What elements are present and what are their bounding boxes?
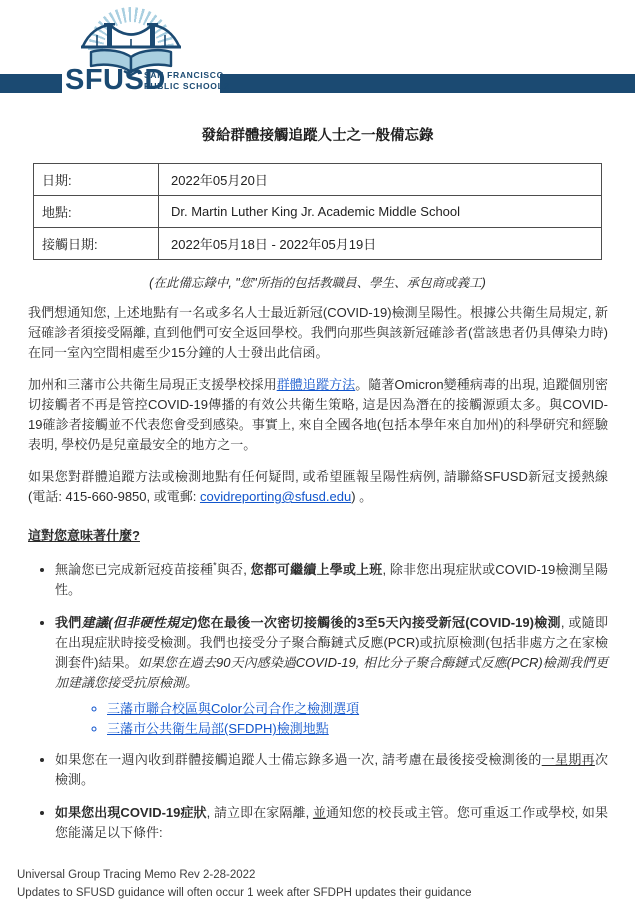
logo-subtitle: SAN FRANCISCO PUBLIC SCHOOLS: [144, 70, 230, 92]
table-row: 日期: 2022年05月20日: [34, 164, 602, 196]
text-run: 您都可繼續上學或上班: [251, 562, 383, 577]
row-value-date: 2022年05月20日: [159, 164, 602, 196]
text-run: ) 。: [351, 489, 372, 504]
bullet-text: 無論您已完成新冠疫苗接種*與否, 您都可繼續上學或上班, 除非您出現症狀或COV…: [55, 562, 608, 597]
list-item: 如果您在一週內收到群體接觸追蹤人士備忘錄多過一次, 請考慮在最後接受檢測後的一星…: [55, 750, 608, 790]
testing-links-sublist: 三藩市聯合校區與Color公司合作之檢測選項 三藩市公共衛生局部(SFDPH)檢…: [55, 700, 608, 737]
bullet-text: 我們建議(但非硬性規定)您在最後一次密切接觸後的3至5天內接受新冠(COVID-…: [55, 615, 608, 690]
text-run: 如果您在過去90天內感染過COVID-19, 相比分子聚合酶鏈式反應(PCR)檢…: [55, 655, 608, 690]
row-label-date: 日期:: [34, 164, 159, 196]
footer-revision-line: Universal Group Tracing Memo Rev 2-28-20…: [17, 866, 472, 884]
logo-subtitle-line2: PUBLIC SCHOOLS: [144, 81, 230, 92]
list-item: 三藩市公共衛生局部(SFDPH)檢測地點: [107, 720, 608, 737]
row-label-exposure-dates: 接觸日期:: [34, 228, 159, 260]
text-run: 一星期再: [542, 752, 595, 767]
sfdph-testing-sites-link[interactable]: 三藩市公共衛生局部(SFDPH)檢測地點: [107, 721, 329, 736]
logo-subtitle-line1: SAN FRANCISCO: [144, 70, 230, 81]
bullet-text: 如果您出現COVID-19症狀, 請立即在家隔離, 並通知您的校長或主管。您可重…: [55, 805, 608, 840]
text-run: 並: [313, 805, 326, 820]
section-heading: 這對您意味著什麼?: [28, 525, 608, 544]
header: SFUSD SAN FRANCISCO PUBLIC SCHOOLS: [0, 0, 635, 108]
text-run: 我們: [55, 615, 82, 630]
text-run: 與否,: [217, 562, 251, 577]
text-run: 我們想通知您, 上述地點有一名或多名人士最近新冠(COVID-19)檢測呈陽性。…: [28, 305, 608, 360]
page-title: 發給群體接觸追蹤人士之一般備忘錄: [0, 124, 635, 145]
list-item: 無論您已完成新冠疫苗接種*與否, 您都可繼續上學或上班, 除非您出現症狀或COV…: [55, 556, 608, 600]
text-run: 無論您已完成新冠疫苗接種: [55, 562, 213, 577]
text-run: 如果您出現COVID-19症狀: [55, 805, 207, 820]
color-testing-options-link[interactable]: 三藩市聯合校區與Color公司合作之檢測選項: [107, 701, 359, 716]
header-bar-left: [0, 74, 62, 93]
table-row: 地點: Dr. Martin Luther King Jr. Academic …: [34, 196, 602, 228]
paragraph-support-line: 如果您對群體追蹤方法或檢測地點有任何疑問, 或希望匯報呈陽性病例, 請聯絡SFU…: [28, 467, 608, 507]
text-run: 加州和三藩市公共衛生局現正支援學校採用: [28, 377, 277, 392]
covid-reporting-email-link[interactable]: covidreporting@sfusd.edu: [200, 489, 351, 504]
list-item: 如果您出現COVID-19症狀, 請立即在家隔離, 並通知您的校長或主管。您可重…: [55, 803, 608, 843]
paragraph-notification: 我們想通知您, 上述地點有一名或多名人士最近新冠(COVID-19)檢測呈陽性。…: [28, 303, 608, 363]
table-row: 接觸日期: 2022年05月18日 - 2022年05月19日: [34, 228, 602, 260]
bullet-text: 如果您在一週內收到群體接觸追蹤人士備忘錄多過一次, 請考慮在最後接受檢測後的一星…: [55, 752, 608, 787]
text-run: , 請立即在家隔離,: [207, 805, 313, 820]
list-item: 我們建議(但非硬性規定)您在最後一次密切接觸後的3至5天內接受新冠(COVID-…: [55, 613, 608, 737]
memo-note: (在此備忘錄中, "您"所指的包括教職員、學生、承包商或義工): [0, 273, 635, 291]
paragraph-group-tracing: 加州和三藩市公共衛生局現正支援學校採用群體追蹤方法。隨著Omicron變種病毒的…: [28, 375, 608, 455]
text-run: 您在最後一次密切接觸後的3至5天內接受新冠(COVID-19)檢測: [197, 615, 561, 630]
text-run: 建議(但非硬性規定): [82, 615, 197, 630]
header-bar-right: [220, 74, 635, 93]
row-label-location: 地點:: [34, 196, 159, 228]
text-run: 如果您在一週內收到群體接觸追蹤人士備忘錄多過一次, 請考慮在最後接受檢測後的: [55, 752, 542, 767]
footer: Universal Group Tracing Memo Rev 2-28-20…: [17, 866, 472, 902]
footer-guidance-line: Updates to SFUSD guidance will often occ…: [17, 884, 472, 902]
memo-page: SFUSD SAN FRANCISCO PUBLIC SCHOOLS 發給群體接…: [0, 0, 635, 920]
bullet-list: 無論您已完成新冠疫苗接種*與否, 您都可繼續上學或上班, 除非您出現症狀或COV…: [28, 556, 608, 843]
info-table: 日期: 2022年05月20日 地點: Dr. Martin Luther Ki…: [33, 163, 602, 260]
group-tracing-method-link[interactable]: 群體追蹤方法: [277, 377, 356, 392]
row-value-location: Dr. Martin Luther King Jr. Academic Midd…: [159, 196, 602, 228]
row-value-exposure-dates: 2022年05月18日 - 2022年05月19日: [159, 228, 602, 260]
list-item: 三藩市聯合校區與Color公司合作之檢測選項: [107, 700, 608, 717]
